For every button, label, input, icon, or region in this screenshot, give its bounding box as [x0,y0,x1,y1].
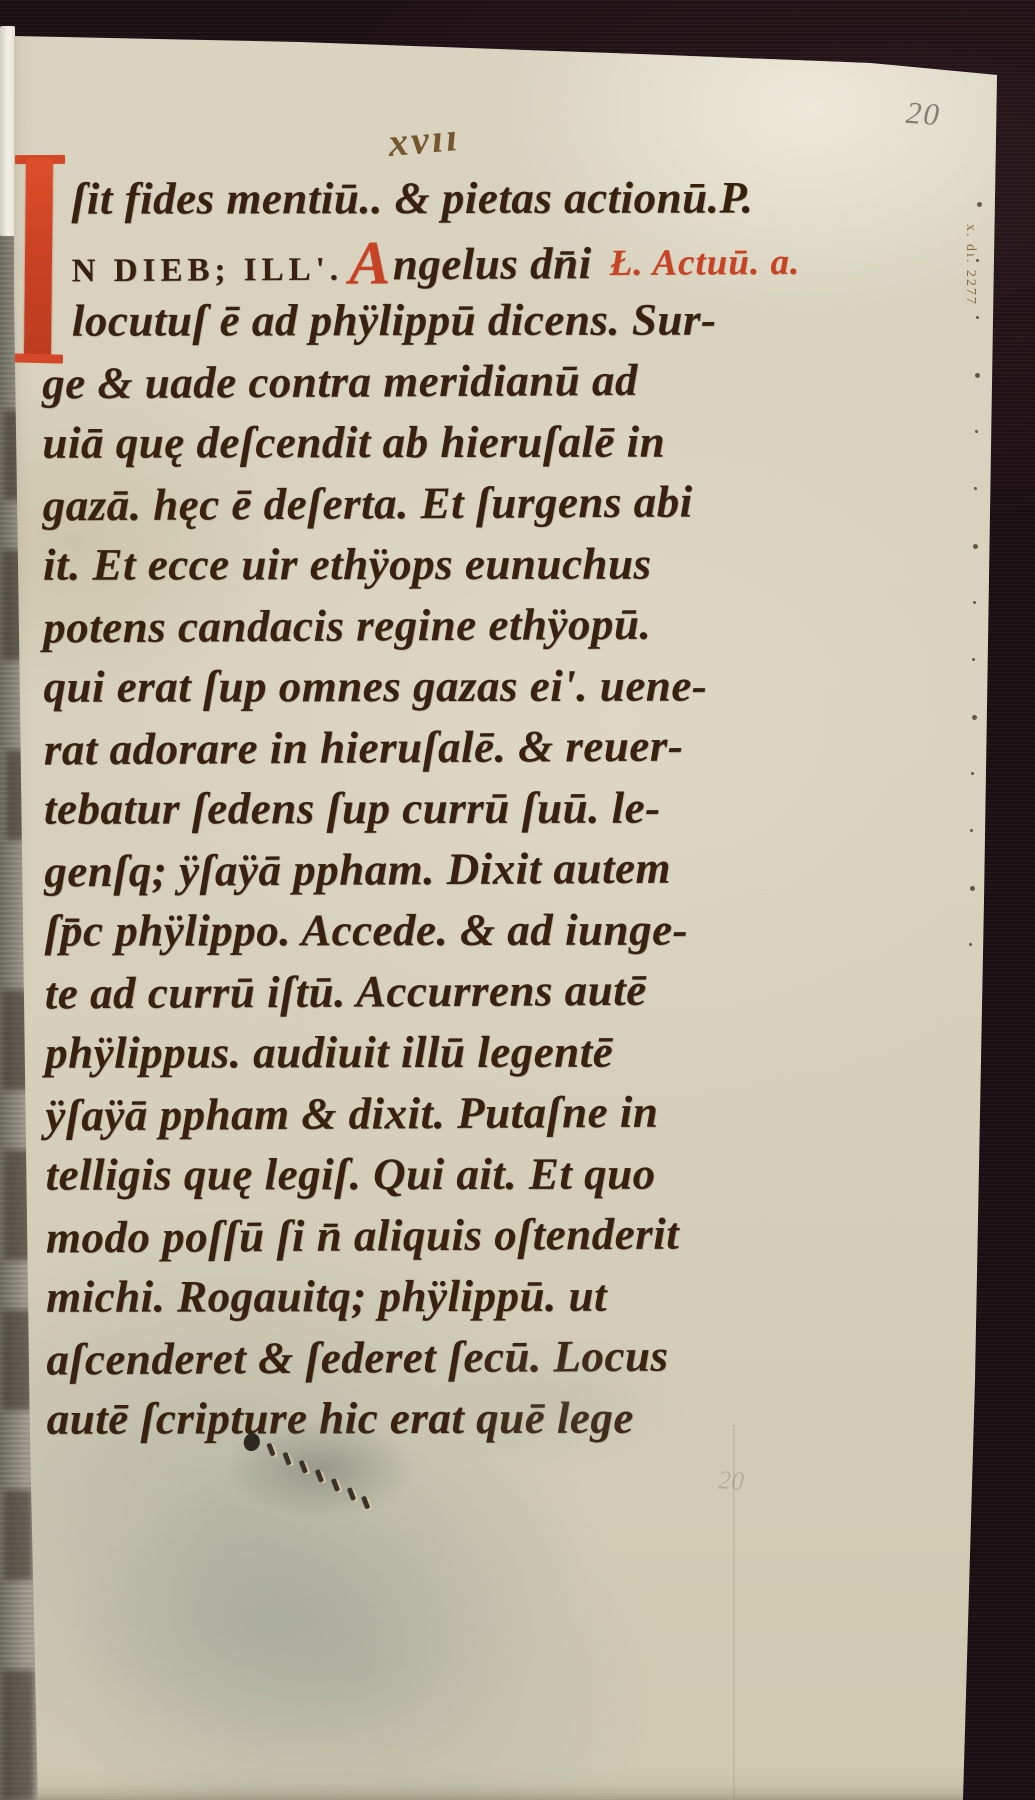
fore-edge-text-smudge [2,1670,34,1800]
manuscript-line: te ad currū iſtū. Accurrens autē [45,959,845,1025]
pricking-mark [970,886,975,891]
fore-edge-text-smudge [4,1490,32,1580]
body-text: genſq; ÿſaÿā ppham. Dixit autem [44,843,671,897]
pricking-mark [976,316,979,319]
folio-number-top: 20 [905,95,942,133]
pricking-mark [973,544,978,549]
pricking-mark [977,202,982,207]
parchment-page: xvıı 20 I ſit fides mentiū.. & pietas ac… [0,0,1035,1800]
manuscript-line: phÿlippus. audiuit illū legentē [45,1021,845,1083]
body-text: qui erat ſup omnes gazas ei'. uene- [43,661,707,712]
repair-stitch [331,1478,340,1492]
rubric-text: Ł. Actuū. a. [610,242,801,284]
pricking-mark [970,829,973,832]
manuscript-line: uiā quę deſcendit ab hieruſalē in [42,411,842,473]
pricking-mark [973,601,976,604]
body-text: ngelus dn̄i [393,238,592,289]
body-text: rat adorare in hieruſalē. & reuer- [44,721,684,775]
pricking-mark [975,430,978,433]
body-text: phÿlippus. audiuit illū legentē [45,1027,613,1078]
body-text: telligis quę legiſ. Qui ait. Et quo [46,1149,656,1200]
repair-stitch [266,1443,275,1457]
manuscript-line: ge & uade contra meridianū ad [42,349,842,415]
manuscript-text: ſit fides mentiū.. & pietas actionū.P.N … [41,166,847,1450]
manuscript-photo: xvıı 20 I ſit fides mentiū.. & pietas ac… [0,0,1035,1800]
parchment-stain [60,1490,480,1750]
pricking-mark [972,658,975,661]
manuscript-line: rat adorare in hieruſalē. & reuer- [44,715,844,781]
body-text: uiā quę deſcendit ab hieruſalē in [42,417,665,468]
body-text: locutuſ ē ad phÿlippū dicens. Sur- [72,295,717,346]
chapter-numeral: xvıı [386,113,462,166]
body-text: ÿſaÿā ppham & dixit. Putaſne in [45,1087,658,1141]
manuscript-line: ſp̄c phÿlippo. Accede. & ad iunge- [44,899,844,961]
body-text: ge & uade contra meridianū ad [42,355,638,409]
manuscript-line: genſq; ÿſaÿā ppham. Dixit autem [44,837,844,903]
folio-number-bottom-faint: 20 [717,1465,745,1496]
manuscript-line: tebatur ſedens ſup currū ſuū. le- [44,777,844,839]
body-text: ſp̄c phÿlippo. Accede. & ad iunge- [44,905,688,956]
body-text: potens candacis regine ethÿopū. [43,599,651,653]
pricking-mark [976,259,979,262]
manuscript-line: ſit fides mentiū.. & pietas actionū.P. [41,167,841,229]
body-text: ſit fides mentiū.. & pietas actionū.P. [71,172,753,223]
margin-inscription: x. dı. 2277 [962,224,978,306]
flyleaf-edge [0,26,15,236]
pricking-mark [972,715,977,720]
manuscript-line: gazā. hęc ē deſerta. Et ſurgens abi [42,471,842,537]
body-text: te ad currū iſtū. Accurrens autē [45,965,647,1019]
pricking-mark [975,373,980,378]
rubric-text: A [349,229,391,297]
body-text: michi. Rogauitq; phÿlippū. ut [46,1271,607,1322]
body-text: it. Et ecce uir ethÿops eunuchus [43,539,652,590]
manuscript-line: it. Et ecce uir ethÿops eunuchus [43,533,843,595]
manuscript-line: modo poſſū ſi n̄ aliquis oſtenderit [46,1203,846,1269]
manuscript-line: qui erat ſup omnes gazas ei'. uene- [43,655,843,717]
manuscript-line: michi. Rogauitq; phÿlippū. ut [46,1265,846,1327]
parchment-stain [430,1330,690,1470]
body-text: N DIEB; ILL'. [72,252,344,290]
repair-stitch [315,1469,324,1483]
manuscript-line: N DIEB; ILL'.Angelus dn̄iŁ. Actuū. a. [41,227,841,293]
manuscript-line: locutuſ ē ad phÿlippū dicens. Sur- [42,289,842,351]
pricking-mark [971,772,974,775]
manuscript-line: potens candacis regine ethÿopū. [43,593,843,659]
body-text: tebatur ſedens ſup currū ſuū. le- [44,783,661,834]
body-text: gazā. hęc ē deſerta. Et ſurgens abi [43,476,693,530]
pricking-mark [969,943,972,946]
repair-stitch [282,1452,291,1466]
fore-edge-text-smudge [2,1310,32,1410]
repair-stitch [299,1460,308,1474]
manuscript-line: telligis quę legiſ. Qui ait. Et quo [46,1143,846,1205]
body-text: modo poſſū ſi n̄ aliquis oſtenderit [46,1209,680,1263]
manuscript-line: ÿſaÿā ppham & dixit. Putaſne in [45,1081,845,1147]
pricking-mark [974,487,977,490]
